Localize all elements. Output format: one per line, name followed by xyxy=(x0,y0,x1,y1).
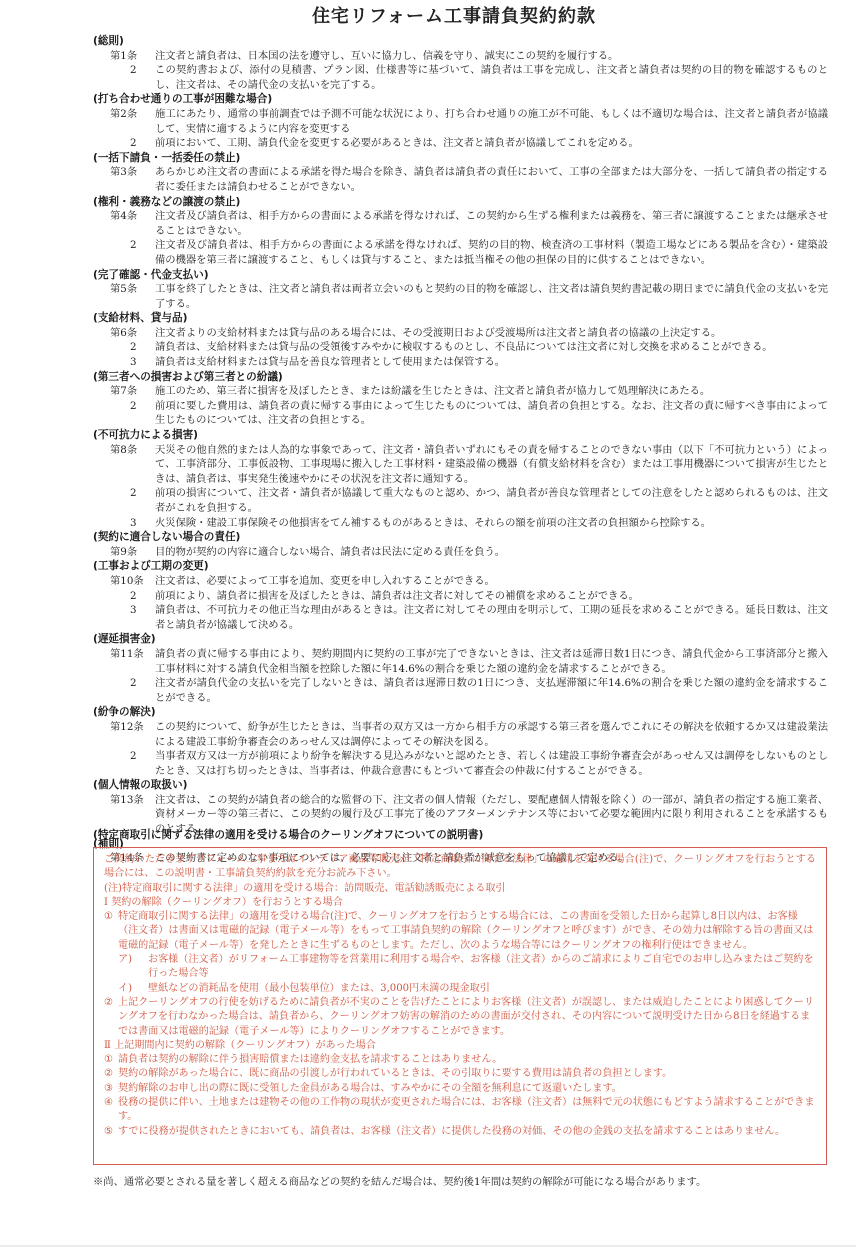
cooling-off-box: ご契約いただきますリフォーム工事またはインテリア商品等販売が「特定商取引に関する… xyxy=(93,847,827,1165)
clause-number: 第6条 xyxy=(93,326,155,341)
clause-text: 注文者よりの支給材料または貸与品のある場合には、その受渡期日および受渡場所は注文… xyxy=(155,326,828,341)
clause-text: この契約について、紛争が生じたときは、当事者の双方又は一方から相手方の承認する第… xyxy=(155,720,828,749)
clause-item: 第11条請負者の責に帰する事由により、契約期間内に契約の工事が完了できないときは… xyxy=(93,647,828,676)
clause-number: 第9条 xyxy=(93,545,155,560)
cooling-off-item: ア)お客様（注文者）がリフォーム工事建物等を営業用に利用する場合や、お客様（注文… xyxy=(104,953,816,982)
clause-number: 第5条 xyxy=(93,282,155,311)
section-heading: (支給材料、貸与品) xyxy=(93,311,828,326)
clause-text: 注文者は、必要によって工事を追加、変更を申し入れすることができる。 xyxy=(155,574,828,589)
clause-item: 第3条あらかじめ注文者の書面による承諾を得た場合を除き、請負者は請負者の責任にお… xyxy=(93,165,828,194)
item-text: 契約解除のお申し出の際に既に受領した金員がある場合は、すみやかにその全額を無利息… xyxy=(118,1082,816,1096)
clause-number: 第8条 xyxy=(93,443,155,487)
item-text: 壁紙などの消耗品を使用（最小包装単位）または、3,000円未満の現金取引 xyxy=(148,982,816,996)
section-heading: (総則) xyxy=(93,34,828,49)
clause-number: 2 xyxy=(93,136,155,151)
clause-number: 2 xyxy=(93,399,155,428)
clause-item: 第7条施工のため、第三者に損害を及ぼしたとき、または紛議を生じたときは、注文者と… xyxy=(93,384,828,399)
clause-number: 2 xyxy=(93,340,155,355)
cooling-off-note: (注)特定商取引に関する法律」の適用を受ける場合：訪問販売、電話勧誘販売による取… xyxy=(104,882,816,896)
clause-text: 注文者と請負者は、日本国の法を遵守し、互いに協力し、信義を守り、誠実にこの契約を… xyxy=(155,49,828,64)
clause-text: この契約書および、添付の見積書、プラン図、仕様書等に基づいて、請負者は工事を完成… xyxy=(155,63,828,92)
section-heading: (個人情報の取扱い) xyxy=(93,778,828,793)
clause-item: 第1条注文者と請負者は、日本国の法を遵守し、互いに協力し、信義を守り、誠実にこの… xyxy=(93,49,828,64)
clause-text: 目的物が契約の内容に適合しない場合、請負者は民法に定める責任を負う。 xyxy=(155,545,828,560)
clause-text: 請負者の責に帰する事由により、契約期間内に契約の工事が完了できないときは、注文者… xyxy=(155,647,828,676)
footnote: ※尚、通常必要とされる量を著しく超える商品などの契約を結んだ場合は、契約後1年間… xyxy=(93,1173,706,1188)
clause-text: 注文者が請負代金の支払いを完了しないときは、請負者は遅滞日数の1日につき、支払遅… xyxy=(155,676,828,705)
item-text: 特定商取引に関する法律」の適用を受ける場合(注)で、クーリングオフを行おうとする… xyxy=(118,910,816,953)
clause-text: 請負者は支給材料または貸与品を善良な管理者として使用または保管する。 xyxy=(155,355,828,370)
clause-number: 3 xyxy=(93,355,155,370)
cooling-off-part1-heading: Ⅰ 契約の解除（クーリングオフ）を行おうとする場合 xyxy=(104,896,816,910)
clause-item: 第12条この契約について、紛争が生じたときは、当事者の双方又は一方から相手方の承… xyxy=(93,720,828,749)
item-text: お客様（注文者）がリフォーム工事建物等を営業用に利用する場合や、お客様（注文者）… xyxy=(148,953,816,982)
clause-item: 2前項により、請負者に損害を及ぼしたときは、請負者は注文者に対してその補償を求め… xyxy=(93,589,828,604)
clause-text: あらかじめ注文者の書面による承諾を得た場合を除き、請負者は請負者の責任において、… xyxy=(155,165,828,194)
clause-item: 2注文者が請負代金の支払いを完了しないときは、請負者は遅滞日数の1日につき、支払… xyxy=(93,676,828,705)
item-marker: イ) xyxy=(104,982,148,996)
clause-text: 工事を終了したときは、注文者と請負者は両者立会いのもと契約の目的物を確認し、注文… xyxy=(155,282,828,311)
clause-text: 請負者は、不可抗力その他正当な理由があるときは。注文者に対してその理由を明示して… xyxy=(155,603,828,632)
clause-item: 第8条天災その他自然的または人為的な事象であって、注文者・請負者いずれにもその責… xyxy=(93,443,828,487)
clause-item: 第4条注文者及び請負者は、相手方からの書面による承諾を得なければ、この契約から生… xyxy=(93,209,828,238)
cooling-off-item: ①特定商取引に関する法律」の適用を受ける場合(注)で、クーリングオフを行おうとす… xyxy=(104,910,816,953)
cooling-off-part1-list: ①特定商取引に関する法律」の適用を受ける場合(注)で、クーリングオフを行おうとす… xyxy=(104,910,816,1039)
item-marker: ⑤ xyxy=(104,1125,118,1139)
section-heading: (工事および工期の変更) xyxy=(93,559,828,574)
cooling-off-item: イ)壁紙などの消耗品を使用（最小包装単位）または、3,000円未満の現金取引 xyxy=(104,982,816,996)
clause-number: 第2条 xyxy=(93,107,155,136)
clause-number: 第12条 xyxy=(93,720,155,749)
cooling-off-intro: ご契約いただきますリフォーム工事またはインテリア商品等販売が「特定商取引に関する… xyxy=(104,853,816,882)
item-marker: ④ xyxy=(104,1096,118,1125)
clause-item: 2当事者双方又は一方が前項により紛争を解決する見込みがないと認めたとき、若しくは… xyxy=(93,749,828,778)
clause-text: 当事者双方又は一方が前項により紛争を解決する見込みがないと認めたとき、若しくは建… xyxy=(155,749,828,778)
section-heading: (契約に適合しない場合の責任) xyxy=(93,530,828,545)
cooling-off-item: ②上記クーリングオフの行使を妨げるために請負者が不実のことを告げたことによりお客… xyxy=(104,996,816,1039)
item-text: 契約の解除があった場合に、既に商品の引渡しが行われているときは、その引取りに要す… xyxy=(118,1067,816,1081)
cooling-off-item: ②契約の解除があった場合に、既に商品の引渡しが行われているときは、その引取りに要… xyxy=(104,1067,816,1081)
section-heading: (打ち合わせ通りの工事が困難な場合) xyxy=(93,92,828,107)
cooling-off-item: ①請負者は契約の解除に伴う損害賠償または違約金支払を請求することはありません。 xyxy=(104,1053,816,1067)
clause-text: 注文者及び請負者は、相手方からの書面による承諾を得なければ、この契約から生ずる権… xyxy=(155,209,828,238)
item-marker: ① xyxy=(104,1053,118,1067)
clause-text: 前項の損害について、注文者・請負者が協議して重大なものと認め、かつ、請負者が善良… xyxy=(155,486,828,515)
item-marker: ② xyxy=(104,1067,118,1081)
item-text: 請負者は契約の解除に伴う損害賠償または違約金支払を請求することはありません。 xyxy=(118,1053,816,1067)
clause-item: 2前項に要した費用は、請負者の責に帰する事由によって生じたものについては、請負者… xyxy=(93,399,828,428)
clause-item: 第6条注文者よりの支給材料または貸与品のある場合には、その受渡期日および受渡場所… xyxy=(93,326,828,341)
clause-item: 2前項において、工期、請負代金を変更する必要があるときは、注文者と請負者が協議し… xyxy=(93,136,828,151)
clause-text: 前項に要した費用は、請負者の責に帰する事由によって生じたものについては、請負者の… xyxy=(155,399,828,428)
item-marker: ② xyxy=(104,996,118,1039)
clause-number: 3 xyxy=(93,603,155,632)
clause-number: 2 xyxy=(93,749,155,778)
clause-text: 施工のため、第三者に損害を及ぼしたとき、または紛議を生じたときは、注文者と請負者… xyxy=(155,384,828,399)
clause-item: 第5条工事を終了したときは、注文者と請負者は両者立会いのもと契約の目的物を確認し… xyxy=(93,282,828,311)
clause-text: 施工にあたり、通常の事前調査では予測不可能な状況により、打ち合わせ通りの施工が不… xyxy=(155,107,828,136)
clause-item: 第10条注文者は、必要によって工事を追加、変更を申し入れすることができる。 xyxy=(93,574,828,589)
section-heading: (不可抗力による損害) xyxy=(93,428,828,443)
cooling-off-part2-heading: Ⅱ 上記期間内に契約の解除（クーリングオフ）があった場合 xyxy=(104,1039,816,1053)
item-text: すでに役務が提供されたときにおいても、請負者は、お客様（注文者）に提供した役務の… xyxy=(118,1125,816,1139)
item-text: 上記クーリングオフの行使を妨げるために請負者が不実のことを告げたことによりお客様… xyxy=(118,996,816,1039)
clause-number: 3 xyxy=(93,516,155,531)
clause-text: 火災保険・建設工事保険その他損害をてん補するものがあるときは、それらの額を前項の… xyxy=(155,516,828,531)
section-heading: (第三者への損害および第三者との紛議) xyxy=(93,370,828,385)
clause-text: 天災その他自然的または人為的な事象であって、注文者・請負者いずれにもその責を帰す… xyxy=(155,443,828,487)
clause-number: 2 xyxy=(93,63,155,92)
item-marker: ① xyxy=(104,910,118,953)
clause-item: 2この契約書および、添付の見積書、プラン図、仕様書等に基づいて、請負者は工事を完… xyxy=(93,63,828,92)
clause-text: 注文者及び請負者は、相手方からの書面による承諾を得なければ、契約の目的物、検査済… xyxy=(155,238,828,267)
clause-number: 第11条 xyxy=(93,647,155,676)
clause-number: 2 xyxy=(93,486,155,515)
clause-item: 第2条施工にあたり、通常の事前調査では予測不可能な状況により、打ち合わせ通りの施… xyxy=(93,107,828,136)
clause-text: 前項により、請負者に損害を及ぼしたときは、請負者は注文者に対してその補償を求める… xyxy=(155,589,828,604)
clause-number: 第3条 xyxy=(93,165,155,194)
cooling-off-item: ④役務の提供に伴い、土地または建物その他の工作物の現状が変更された場合には、お客… xyxy=(104,1096,816,1125)
clause-number: 2 xyxy=(93,589,155,604)
clause-item: 3請負者は、不可抗力その他正当な理由があるときは。注文者に対してその理由を明示し… xyxy=(93,603,828,632)
clause-number: 第7条 xyxy=(93,384,155,399)
clause-text: 前項において、工期、請負代金を変更する必要があるときは、注文者と請負者が協議して… xyxy=(155,136,828,151)
terms-body: (総則)第1条注文者と請負者は、日本国の法を遵守し、互いに協力し、信義を守り、誠… xyxy=(93,34,828,866)
item-marker: ア) xyxy=(104,953,148,982)
clause-number: 2 xyxy=(93,676,155,705)
cooling-off-item: ③契約解除のお申し出の際に既に受領した金員がある場合は、すみやかにその全額を無利… xyxy=(104,1082,816,1096)
section-heading: (紛争の解決) xyxy=(93,705,828,720)
clause-number: 第10条 xyxy=(93,574,155,589)
section-heading: (完了確認・代金支払い) xyxy=(93,268,828,283)
clause-item: 2前項の損害について、注文者・請負者が協議して重大なものと認め、かつ、請負者が善… xyxy=(93,486,828,515)
clause-text: 請負者は、支給材料または貸与品の受領後すみやかに検収するものとし、不良品について… xyxy=(155,340,828,355)
section-heading: (一括下請負・一括委任の禁止) xyxy=(93,151,828,166)
page-bottom-edge xyxy=(0,1245,856,1247)
clause-item: 2請負者は、支給材料または貸与品の受領後すみやかに検収するものとし、不良品につい… xyxy=(93,340,828,355)
cooling-off-part2-list: ①請負者は契約の解除に伴う損害賠償または違約金支払を請求することはありません。②… xyxy=(104,1053,816,1139)
clause-number: 2 xyxy=(93,238,155,267)
clause-item: 第9条目的物が契約の内容に適合しない場合、請負者は民法に定める責任を負う。 xyxy=(93,545,828,560)
section-heading: (遅延損害金) xyxy=(93,632,828,647)
section-heading: (権利・義務などの譲渡の禁止) xyxy=(93,195,828,210)
cooling-off-item: ⑤すでに役務が提供されたときにおいても、請負者は、お客様（注文者）に提供した役務… xyxy=(104,1125,816,1139)
document-title: 住宅リフォーム工事請負契約約款 xyxy=(0,2,856,28)
clause-item: 2注文者及び請負者は、相手方からの書面による承諾を得なければ、契約の目的物、検査… xyxy=(93,238,828,267)
clause-item: 3火災保険・建設工事保険その他損害をてん補するものがあるときは、それらの額を前項… xyxy=(93,516,828,531)
item-text: 役務の提供に伴い、土地または建物その他の工作物の現状が変更された場合には、お客様… xyxy=(118,1096,816,1125)
cooling-off-heading: (特定商取引に関する法律の適用を受ける場合のクーリングオフについての説明書) xyxy=(93,827,483,842)
item-marker: ③ xyxy=(104,1082,118,1096)
clause-number: 第4条 xyxy=(93,209,155,238)
clause-item: 3請負者は支給材料または貸与品を善良な管理者として使用または保管する。 xyxy=(93,355,828,370)
clause-number: 第1条 xyxy=(93,49,155,64)
